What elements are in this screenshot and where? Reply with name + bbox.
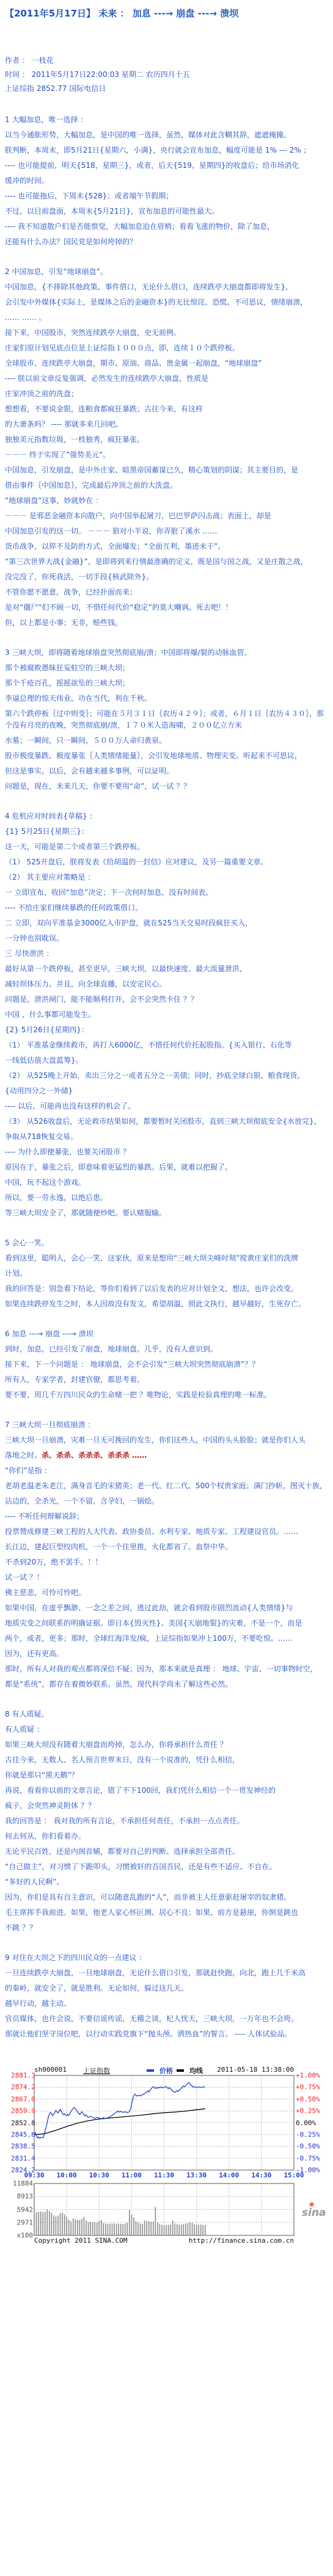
volume-axis-label: 2971 (11, 2218, 33, 2226)
paragraph: ---- 朕以前文章反复强调，必然发生的连续跌亭大崩盘，性质是 (5, 373, 328, 385)
paragraph: －－－ 是邪恶金融资本向散户，向中国举起屠刀，巴巴罗萨闪击战；表面上，却是 (5, 510, 328, 522)
text-span: 投票赞成修建三峡工程的人大代表、政协委员、水利专家、地质专家、工程建设官员。…… (5, 1527, 298, 1536)
text-span: 借由事件｛中国加息｝，完成最后冲顶之前的大洗盘。 (5, 481, 177, 490)
y-axis-price-label: 2859.9 (11, 2107, 33, 2115)
paragraph: ---- 不给庄家们继续暴跌的任何政策借口。 (5, 902, 328, 914)
y-axis-price-label: 2852.8 (11, 2119, 33, 2127)
section-heading: 3 三峡大坝，即将随着地球崩盘突然彻底崩/溃；中国即将爆/裂的动脉血管。 (5, 647, 328, 659)
text-span: 如果三峡大坝没有随着大崩盘而垮掉，怎么办，你将承担什么责任 ？ (5, 1740, 227, 1749)
section-heading: 1 大幅加息，唯一选择 ： (5, 114, 328, 126)
text-span: ---- 也可能提前，明天{518，星期三}，或者，后天{519，星期四}的收盘… (5, 161, 299, 170)
paragraph: 水墓；一瞬间，只一瞬间，５００万人命归黄泉。 (5, 735, 328, 747)
paragraph: 中国 ，什么事都可能发生。 (5, 1009, 328, 1021)
text-span: 沾边的，全杀光，一个不留，含孕妇，一锅烩。 (5, 1497, 159, 1505)
paragraph: 因为，还有更高。 (5, 1648, 328, 1660)
paragraph: －－－ 终于实现了”强势美元”。 (5, 449, 328, 461)
text-span: 不管你愿不愿意，战争，已经扑面而来； (5, 588, 137, 596)
text-span: （1） 525开盘后，朕将发表《给胡温的一封信》应对建议，及另一篇重要文章。 (5, 858, 268, 866)
text-span: “你们”是指 ： (5, 1466, 51, 1475)
x-axis-time-label: 10:00 (57, 2171, 77, 2179)
text-span: …… …… 。 (5, 313, 46, 322)
text-span: 这一天，可能是第二个或者第三个跌停板。 (5, 842, 144, 851)
text-span: ---- 也可能拖后，下周末{528}；或者端午节假期； (5, 192, 173, 200)
text-span: 中国加息，引发崩盘，是中外庄家、暗黑帝国蓄谋已久，精心策划的阴谋；其主要目的，是 (5, 466, 298, 474)
paragraph: 那个千疮百孔，摇摇欲坠的三峡大坝； (5, 678, 328, 689)
paragraph: 一分钟也别耽误。 (5, 933, 328, 944)
paragraph: 接下来，下一个问题是 ： 地球崩盘，会不会引发“三峡大坝突然彻底崩溃”？？ (5, 1359, 328, 1370)
text-span: 但这是事实，以后，会有越来越多事例，可以证明。 (5, 767, 174, 775)
text-span: 没完没了，你死我活，一切手段{核武除外}。 (5, 573, 153, 581)
paragraph: 缓冲的时间。 (5, 175, 328, 187)
text-span: 1 大幅加息，唯一选择 ： (5, 115, 87, 124)
text-span: 3 三峡大坝，即将随着地球崩盘突然彻底崩/溃；中国即将爆/裂的动脉血管。 (5, 648, 252, 657)
paragraph: （3） 从526收盘后，无论救市结果如何，都要暂时关闭股市，直到三峡大坝彻底安全… (5, 1116, 328, 1127)
sina-logo-text: sina (302, 2207, 326, 2219)
blog-post-page: 【2011年5月17日】 未来 ： 加息 ---→ 崩盘 ---→ 溃坝 作者 … (0, 0, 333, 2245)
text-span: 佛主慈悲，可怜可怜吧。 (5, 1588, 86, 1597)
paragraph: 股市极度暴跌、极度暴张｛人类情绪能量｝，会引发地球地质、物理灾变。听起来不可思议… (5, 750, 328, 762)
paragraph: “多好的人民啊”。 (5, 1876, 328, 1888)
paragraph: 所有人，专家学者，封建官僚，都思考着。 (5, 1374, 328, 1386)
text-span: （2） 从525晚上开始，卖出三分之一或者五分之一美债；同时，抄底全球白银、粮食… (5, 1071, 304, 1080)
paragraph: 独独美元指数垃圾，一枝独秀，疯狂暴张。 (5, 434, 328, 446)
paragraph: 所以，要一劳永逸，以绝后患。 (5, 1192, 328, 1204)
text-span: 8 有人质疑。 (5, 1710, 48, 1718)
text-span: 水墓；一瞬间，只一瞬间，５００万人命归黄泉。 (5, 736, 166, 745)
text-span: （1） 平准基金继续救市，再打入6000亿，不惜任何代价托起股指。{买入银行、石… (5, 1041, 292, 1049)
paragraph: {动用四分之一外储} (5, 1085, 328, 1097)
text-span: 老胡老温老朱老江，满身音毛的宋猪英；老一代、红二代、500个权贵家庭；满门抄斩，… (5, 1482, 327, 1490)
text-span: 7 三峡大坝一旦彻底崩溃 ： (5, 1420, 95, 1429)
text-span: 因为，你们是具有自主意识，可以随意乱跑的“人”，而非被主人任意驱赶屠宰的奴隶猪。 (5, 1893, 291, 1901)
x-axis-time-label: 14:00 (219, 2171, 239, 2179)
text-span: 那个千疮百孔，摇摇欲坠的三峡大坝； (5, 679, 130, 687)
paragraph: 中国加息，{不排除其他政策、事件借口，无论什么借口，连续跌亭大崩盘都即将发生}， (5, 281, 328, 293)
paragraph: 古往今来，无数人、名人预言世界末日，没有一个说准的，凭什么相信， (5, 1754, 328, 1766)
volume-unit-label: x100 (11, 2232, 33, 2240)
paragraph: 如果中国，在虚乎飘渺、一念之差之间，逃过此劫，就会看到股市剧烈波动{人类情绪}与 (5, 1602, 328, 1614)
meta-line: 上证综指 2852.77 国际电信日 (5, 82, 328, 96)
text-span: 地质灾变之间联系的明确证据。即日本{毁灭性}、美国{天崩地裂}的灾难，不是一个，… (5, 1619, 302, 1627)
paragraph: 货币战争，以猝不及防的方式，全面爆发；“全面互利，墨迹未干”。 (5, 541, 328, 552)
paragraph: 长江边，建起巨型绞肉机，一个一个往里推，火化都省了。血祭中华。 (5, 1541, 328, 1553)
paragraph: 借由事件｛中国加息｝，完成最后冲顶之前的大洗盘。 (5, 480, 328, 491)
chart-source-url: http://finance.sina.com.cn (189, 2237, 294, 2245)
text-span: ---- 以后，可能再也没有这样的机会了。 (5, 1102, 135, 1110)
paragraph: ---- 也可能拖后，下周末{528}；或者端午节假期； (5, 190, 328, 202)
text-span: 看到这里，聪明人，会心一笑，这家伙，原来是想用“三峡大坝尖峰时刻”搅黄庄家们的洗… (5, 1254, 298, 1262)
text-span: －－－ 是邪恶金融资本向散户，向中国举起屠刀，巴巴罗萨闪击战；表面上，却是 (5, 512, 271, 520)
text-span: 如果中国，在虚乎飘渺、一念之差之间，逃过此劫，就会看到股市剧烈波动{人类情绪}与 (5, 1604, 293, 1612)
emphasis-red-text: 杀、杀杀、杀杀杀、杀杀杀 …… (42, 1451, 147, 1460)
text-span: 古往今来，无数人、名人预言世界末日，没有一个说准的，凭什么相信， (5, 1756, 240, 1764)
average-legend-label: 均线 (189, 2066, 203, 2075)
paragraph: ---- 不听任何辩解说辞； (5, 1511, 328, 1522)
paragraph: 不杀到20万，绝不罢手。！！ (5, 1557, 328, 1568)
text-span: ---- 我不知道散户们是否能察觉，大幅加息迫在眉梢；看看飞涨的物价，除了加息， (5, 222, 274, 231)
paragraph: 问题是，现在，未来几天，你要不要用“命”，试一试 ？？ (5, 781, 328, 792)
text-span: 接下来，中国股市，突然连续跌亭大崩盘，史无前例。 (5, 328, 181, 337)
paragraph: 接下来，中国股市，突然连续跌亭大崩盘，史无前例。 (5, 327, 328, 339)
text-span: 都是“系统”，都存在着微妙联系。虽然，现代科学尚未了解这些必然。 (5, 1680, 232, 1688)
y-axis-price-label: 2881.3 (11, 2072, 33, 2080)
text-span: 原因在于，暴张之后，即意味着更猛烈的暴跌。后果，就难以把握了。 (5, 1163, 232, 1171)
paragraph: （1） 525开盘后，朕将发表《给胡温的一封信》应对建议，及另一篇重要文章。 (5, 856, 328, 868)
text-span: 一分钟也别耽误。 (5, 934, 64, 942)
paragraph: ---- 为什么即便暴张，也要关闭股市 ？ (5, 1146, 328, 1158)
paragraph: 最好从第一个跌停板，甚至更早，三峡大坝，以最快速度、最大流量泄洪， (5, 963, 328, 975)
section-heading: 2 中国加息，引发“地球崩盘”。 (5, 266, 328, 278)
text-span: 最好从第一个跌停板，甚至更早，三峡大坝，以最快速度、最大流量泄洪， (5, 964, 247, 973)
average-legend-swatch (177, 2069, 184, 2072)
text-span: 缓冲的时间。 (5, 176, 49, 185)
text-span: 一 立即宣布，收回“加息”决定；下一次何时加息，没有时间表。 (5, 888, 213, 897)
paragraph: 何去何从，你们看着办。 (5, 1831, 328, 1842)
y-axis-price-label: 2831.4 (11, 2154, 33, 2162)
volume-axis-label: 5942 (11, 2205, 33, 2213)
x-axis-time-label: 14:30 (251, 2171, 271, 2179)
paragraph: 中国，玩不起这个游戏。 (5, 1177, 328, 1189)
y-axis-percent-label: 0.00% (296, 2119, 316, 2127)
paragraph: 会引发中外媒体{实际上，是媒体之后的金融资本}的无比惊诧、恐慌、不可思议，情绪崩… (5, 297, 328, 308)
text-span: 两个，或者，更多；那时，全球红海洋发/疯，上证综指如果冲上100万，不要吃惊。…… (5, 1634, 293, 1643)
paragraph: 朕判断，本周末，即5月21日{星期六，小满}，央行就会宣布加息，幅度可能是 1%… (5, 145, 328, 156)
paragraph: 争取从718恢复交易。 (5, 1131, 328, 1143)
paragraph: 落地之时。杀、杀杀、杀杀杀、杀杀杀 …… (5, 1450, 328, 1461)
text-span: 股市极度暴跌、极度暴张｛人类情绪能量｝，会引发地球地质、物理灾变。听起来不可思议… (5, 751, 302, 760)
paragraph: 不跳 ？？ (5, 1922, 328, 1934)
paragraph: 无论平民百姓，还是内阁首辅，都要对自己的判断、选择承担全部责任。 (5, 1846, 328, 1858)
text-span: 不过，以目前盘面，本周末{5月21日}，宣布加息的可能性最大。 (5, 207, 219, 215)
stock-chart: sh000001 上证指数 价格 均线 2011-05-18 13:38:00 … (11, 2064, 332, 2245)
text-span: 2 中国加息，引发“地球崩盘”。 (5, 267, 108, 276)
paragraph: 问题是，泄洪闸门，能不能顺利打开，会不会突然卡住 ？？ (5, 994, 328, 1005)
text-span: 中国加息，{不排除其他政策、事件借口，无论什么借口，连续跌亭大崩盘都即将发生}， (5, 283, 293, 291)
text-span: 要不要，用几千万四川民众的生命赌一把 ？唯物论，实践是检验真理的唯一标准。 (5, 1391, 271, 1399)
text-span: 我的回答是 ： 我对我的所有言论，不承担任何责任，不承担一点点责任。 (5, 1817, 244, 1825)
y-axis-percent-label: +0.75% (296, 2083, 320, 2091)
paragraph: 没完没了，你死我活，一切手段{核武除外}。 (5, 571, 328, 583)
paragraph: 但这是事实，以后，会有越来越多事例，可以证明。 (5, 765, 328, 777)
paragraph: 到时，加息，已经引发了崩盘，地球崩盘。几乎，没有人意识到。 (5, 1344, 328, 1355)
paragraph: 等三峡大坝安全了，那就随便炒吧。要认赌服输。 (5, 1207, 328, 1219)
y-axis-price-label: 2874.2 (11, 2083, 33, 2091)
paragraph: 一线低估值大盘蓝筹}。 (5, 1055, 328, 1066)
post-meta: 作者 ： 一枝花时间 ： 2011年5月17日22:00:03 星期二 农历四月… (5, 54, 328, 96)
paragraph: 李逼总理的惊天伟业。功在当代，利在千秋。 (5, 693, 328, 704)
y-axis-percent-label: +0.25% (296, 2107, 320, 2115)
paragraph: 那时，所有人对我的观点都将深信不疑；因为，那本来就是真理 ： 地球、宇宙、一切事… (5, 1663, 328, 1675)
paragraph: 以当今通胀形势，大幅加息，是中国的唯一选择，虽然，媒体对此含糊其辞，遮遮掩掩。 (5, 129, 328, 141)
text-span: ---- 不给庄家们继续暴跌的任何政策借口。 (5, 903, 142, 912)
text-span: 独独美元指数垃圾，一枝独秀，疯狂暴张。 (5, 435, 144, 444)
text-span: 以当今通胀形势，大幅加息，是中国的唯一选择，虽然，媒体对此含糊其辞，遮遮掩掩。 (5, 131, 291, 139)
paragraph: 试一试 ？！ (5, 1572, 328, 1583)
text-span: 李逼总理的惊天伟业。功在当代，利在千秋。 (5, 694, 152, 703)
text-span: 三峡大坝一旦崩溃，灾难一旦无可挽回的发生，你们这些人，中国的头头脸脸；就是你们人… (5, 1436, 306, 1444)
paragraph: 投票赞成修建三峡工程的人大代表、政协委员、水利专家、地质专家、工程建设官员。…… (5, 1526, 328, 1538)
paragraph: {2} 5月26日{星期四}： (5, 1024, 328, 1036)
paragraph: 都是“系统”，都存在着微妙联系。虽然，现代科学尚未了解这些必然。 (5, 1679, 328, 1690)
meta-line: 作者 ： 一枝花 (5, 54, 328, 68)
text-span: 中国，玩不起这个游戏。 (5, 1178, 86, 1187)
text-span: 减轻坝体压力。并且，向全球直播，以安定民心。 (5, 980, 166, 988)
y-axis-percent-label: -0.75% (296, 2154, 320, 2162)
paragraph: 那个被腐败愚昧狂妄蛀空的三峡大坝； (5, 662, 328, 674)
text-span: 9 对住在大坝之下的四川民众的一点建议 ： (5, 1953, 146, 1962)
text-span: 所以，要一劳永逸，以绝后患。 (5, 1193, 108, 1202)
text-span: 中国加息引发的这一切。 －－－ 狼对小羊说，你弄脏了溪水 …… (5, 527, 217, 535)
paragraph: 一 立即宣布，收回“加息”决定；下一次何时加息，没有时间表。 (5, 887, 328, 899)
y-axis-percent-label: +1.00% (296, 2072, 320, 2080)
y-axis-price-label: 2867.0 (11, 2095, 33, 2103)
text-span: 计划。 (5, 1269, 27, 1278)
stock-name: 上证指数 (83, 2066, 110, 2075)
text-span: 5 会心一笑。 (5, 1239, 48, 1247)
y-axis-price-label: 2838.5 (11, 2143, 33, 2151)
paragraph: 要不要，用几千万四川民众的生命赌一把 ？唯物论，实践是检验真理的唯一标准。 (5, 1389, 328, 1401)
paragraph: 我的回答是 ： 我对我的所有言论，不承担任何责任，不承担一点点责任。 (5, 1815, 328, 1827)
section-heading: 7 三峡大坝一旦彻底崩溃 ： (5, 1419, 328, 1431)
paragraph: 但，以上都是小事；无非，赔些钱。 (5, 617, 328, 629)
paragraph: 佛主慈悲，可怜可怜吧。 (5, 1587, 328, 1599)
text-span: 二 立即，双向平准基金3000亿入市护盘，就在525当天交易时段疯狂买入， (5, 919, 252, 927)
y-axis-percent-label: -0.25% (296, 2130, 320, 2138)
text-span: 那时，所有人对我的观点都将深信不疑；因为，那本来就是真理 ： 地球、宇宙、一切事… (5, 1665, 318, 1673)
paragraph: 两个，或者，更多；那时，全球红海洋发/疯，上证综指如果冲上100万，不要吃惊。…… (5, 1633, 328, 1644)
text-span: 疯子，会突然神灵附体 ？？ (5, 1801, 95, 1810)
text-span: 因为，还有更高。 (5, 1649, 64, 1658)
text-span: 6 加息 ---→ 崩盘 ---→ 溃坝 (5, 1330, 93, 1338)
paragraph: 地质灾变之间联系的明确证据。即日本{毁灭性}、美国{天崩地裂}的灾难，不是一个，… (5, 1618, 328, 1629)
paragraph: 第六个跌停板｛过中则变｝；可能在５月３１日｛农历４２９｝；或者，６月１日｛农历４… (5, 708, 328, 731)
x-axis-time-label: 11:00 (122, 2171, 142, 2179)
text-span: 到时，加息，已经引发了崩盘，地球崩盘。几乎，没有人意识到。 (5, 1345, 218, 1353)
section-heading: 9 对住在大坝之下的四川民众的一点建议 ： (5, 1952, 328, 1964)
paragraph: （2） 其主要应对策略是 ： (5, 872, 328, 883)
text-span: 无论平民百姓，还是内阁首辅，都要对自己的判断、选择承担全部责任。 (5, 1847, 240, 1856)
y-axis-price-label: 2845.6 (11, 2130, 33, 2138)
text-span: ---- 为什么即便暴张，也要关闭股市 ？ (5, 1148, 130, 1156)
text-span: 庄家们原计划见底点位是上证综指１０００点，即，连续１０个跌停板。 (5, 344, 240, 352)
text-span: 朕判断，本周末，即5月21日{星期六，小满}，央行就会宣布加息，幅度可能是 1%… (5, 146, 311, 154)
y-axis-percent-label: -0.50% (296, 2143, 320, 2151)
text-span: 会引发中外媒体{实际上，是媒体之后的金融资本}的无比惊诧、恐慌、不可思议，情绪崩… (5, 298, 307, 306)
paragraph: 毛主席挥手我前进。如果，他老人家心怀叵测、居心不良；如果，前方是悬崖，你倒是跳也 (5, 1907, 328, 1919)
paragraph: “自己做主”，对习惯了下跪叩头，习惯被奸的吾国吾民，还是有些不适应、不自在。 (5, 1861, 328, 1873)
price-legend-swatch (147, 2069, 154, 2072)
paragraph: 那就让他们坚守岗位吧，以行动实践党旗下“抛头颅、洒热血”的誓言。 ---- 人体… (5, 2028, 328, 2040)
text-span: 如果连续跌停发生之时，本人因故没有发文，希望胡温，照此文执行，越早越好，生死存亡… (5, 1300, 306, 1308)
text-span: （3） 从526收盘后，无论救市结果如何，都要暂时关闭股市，直到三峡大坝彻底安全… (5, 1117, 321, 1126)
text-span: “自己做主”，对习惯了下跪叩头，习惯被奸的吾国吾民，还是有些不适应、不自在。 (5, 1862, 276, 1871)
text-span: 何去何从，你们看着办。 (5, 1832, 86, 1840)
text-span: 的秦岭，就安全了，就是胜利。无论如何，躲过这几天。 (5, 1984, 188, 1992)
paragraph: 中国加息引发的这一切。 －－－ 狼对小羊说，你弄脏了溪水 …… (5, 526, 328, 537)
paragraph: 不过，以目前盘面，本周末{5月21日}，宣布加息的可能性最大。 (5, 206, 328, 217)
text-span: 所有人，专家学者，封建官僚，都思考着。 (5, 1375, 144, 1384)
x-axis-time-label: 15:00 (284, 2171, 304, 2179)
text-span: 落地之时。 (5, 1451, 42, 1460)
paragraph: 三峡大坝一旦崩溃，灾难一旦无可挽回的发生，你们这些人，中国的头头脸脸；就是你们人… (5, 1435, 328, 1446)
text-span: （2） 其主要应对策略是 ： (5, 873, 95, 881)
text-span: ---- 朕以前文章反复强调，必然发生的连续跌亭大崩盘，性质是 (5, 374, 208, 383)
text-span: 问题是，泄洪闸门，能不能顺利打开，会不会突然卡住 ？？ (5, 995, 198, 1004)
paragraph: 你就是那只“黑天鹅”？ (5, 1770, 328, 1781)
paragraph: 中国加息，引发崩盘，是中外庄家、暗黑帝国蓄谋已久，精心策划的阴谋；其主要目的，是 (5, 465, 328, 476)
text-span: －－－ 终于实现了”强势美元”。 (5, 450, 110, 459)
text-span: 中国 ，什么事都可能发生。 (5, 1010, 95, 1019)
text-span: 不跳 ？？ (5, 1923, 37, 1932)
text-span: {1} 5月25日{星期三}： (5, 827, 89, 836)
text-span: 一旦连续跌亭大崩盘，一旦地球崩盘，无论什么借口引发，那就赶快跑，向北，跑上几千米… (5, 1969, 306, 1977)
text-span: 官员媒体，也许会说，不要信谣传谣，无稽之谈，杞人忧天，三峡大坝，一万年也不会垮。 (5, 2014, 298, 2023)
text-span: 争取从718恢复交易。 (5, 1132, 78, 1141)
text-span: 庄家冲顶之前的洗盘； (5, 389, 78, 398)
text-span: 毛主席挥手我前进。如果，他老人家心怀叵测、居心不良；如果，前方是悬崖，你倒是跳也 (5, 1908, 298, 1917)
sina-logo: ❀ sina (299, 2202, 332, 2223)
text-span: 试一试 ？！ (5, 1573, 44, 1582)
text-span: 全球股市，连续跌亭大崩盘，期市、原油、商品、贵金属一起崩盘，“地球崩盘” (5, 359, 262, 367)
paragraph: 越早行动，越主动。 (5, 1998, 328, 2010)
paragraph: 如果连续跌停发生之时，本人因故没有发文，希望胡温，照此文执行，越早越好，生死存亡… (5, 1298, 328, 1310)
text-span: “地球崩盘”这事，妙就妙在 ： (5, 496, 103, 505)
text-span: 是对“僵尸”们不顾一切，不惜任何代价“稳定”的莫大嘲讽。死去吧！！ (5, 603, 233, 612)
text-span: 货币战争，以猝不及防的方式，全面爆发；“全面互利，墨迹未干”。 (5, 542, 225, 551)
chart-timestamp: 2011-05-18 13:38:00 (217, 2066, 294, 2074)
paragraph: 减轻坝体压力。并且，向全球直播，以安定民心。 (5, 979, 328, 990)
text-span: 那就让他们坚守岗位吧，以行动实践党旗下“抛头颅、洒热血”的誓言。 ---- 人体… (5, 2030, 291, 2038)
x-axis-time-label: 10:30 (89, 2171, 109, 2179)
text-span: 越早行动，越主动。 (5, 1999, 71, 2008)
paragraph: 的秦岭，就安全了，就是胜利。无论如何，躲过这几天。 (5, 1983, 328, 1994)
text-span: 一线低估值大盘蓝筹}。 (5, 1056, 83, 1065)
volume-axis-label: 8913 (11, 2193, 33, 2201)
text-span: 我的回答是：别急着下结论，等你们看到了以后发表的应对计划全文，想法，也许会改变。 (5, 1284, 298, 1293)
text-span: 还能有什么办法？国民党是如何垮掉的？ (5, 237, 137, 246)
x-axis-time-label: 13:30 (186, 2171, 207, 2179)
section-heading: 4 危机应对时间表{草稿} ： (5, 811, 328, 822)
text-span: 接下来，下一个问题是 ： 地球崩盘，会不会引发“三峡大坝突然彻底崩溃”？？ (5, 1360, 259, 1369)
stock-symbol: sh000001 (34, 2066, 67, 2074)
text-span: 那个被腐败愚昧狂妄蛀空的三峡大坝； (5, 664, 130, 672)
paragraph: ---- 以后，可能再也没有这样的机会了。 (5, 1101, 328, 1112)
chart-copyright: Copyright 2011 SINA.COM (34, 2237, 127, 2245)
text-span: 有人质疑 ： (5, 1725, 44, 1734)
text-span: 问题是，现在，未来几天，你要不要用“命”，试一试 ？？ (5, 782, 191, 791)
paragraph: 沾边的，全杀光，一个不留，含孕妇，一锅烩。 (5, 1496, 328, 1507)
text-span: “第三次世界大战{金融}”，是即将到来行情最准确的定义，既是国与国之战，又是庄散… (5, 557, 308, 566)
paragraph: 一旦连续跌亭大崩盘，一旦地球崩盘，无论什么借口引发，那就赶快跑，向北，跑上几千米… (5, 1967, 328, 1979)
paragraph: 这一天，可能是第二个或者第三个跌停板。 (5, 841, 328, 853)
paragraph: …… …… 。 (5, 312, 328, 324)
text-span: {动用四分之一外储} (5, 1087, 73, 1095)
text-span: 第六个跌停板｛过中则变｝；可能在５月３１日｛农历４２９｝；或者，６月１日｛农历４… (5, 709, 324, 729)
post-title: 【2011年5月17日】 未来 ： 加息 ---→ 崩盘 ---→ 溃坝 (5, 7, 328, 20)
paragraph: 计划。 (5, 1268, 328, 1279)
chart-canvas (11, 2064, 332, 2245)
x-axis-time-label: 09:30 (24, 2171, 44, 2179)
text-span: 三 尽快泄洪 ： (5, 949, 54, 958)
paragraph: 看到这里，聪明人，会心一笑，这家伙，原来是想用“三峡大坝尖峰时刻”搅黄庄家们的洗… (5, 1253, 328, 1264)
section-heading: 6 加息 ---→ 崩盘 ---→ 溃坝 (5, 1328, 328, 1340)
paragraph: 二 立即，双向平准基金3000亿入市护盘，就在525当天交易时段疯狂买入， (5, 917, 328, 929)
chart-legend: 价格 均线 (147, 2066, 203, 2075)
text-span: ---- 不听任何辩解说辞； (5, 1512, 84, 1521)
text-span: 等三峡大坝安全了，那就随便炒吧。要认赌服输。 (5, 1209, 166, 1217)
paragraph: 疯子，会突然神灵附体 ？？ (5, 1800, 328, 1812)
paragraph: 是对“僵尸”们不顾一切，不惜任何代价“稳定”的莫大嘲讽。死去吧！！ (5, 602, 328, 613)
paragraph: “第三次世界大战{金融}”，是即将到来行情最准确的定义，既是国与国之战，又是庄散… (5, 556, 328, 568)
text-span: 但，以上都是小事；无非，赔些钱。 (5, 618, 122, 627)
volume-axis-label: 11884 (11, 2180, 33, 2188)
paragraph: “你们”是指 ： (5, 1465, 328, 1477)
paragraph: ---- 也可能提前，明天{518，星期三}，或者，后天{519，星期四}的收盘… (5, 160, 328, 172)
text-span: 你就是那只“黑天鹅”？ (5, 1771, 78, 1779)
text-span: {2} 5月26日{星期四}： (5, 1026, 89, 1034)
section-heading: 8 有人质疑。 (5, 1709, 328, 1720)
text-span: 不杀到20万，绝不罢手。！！ (5, 1558, 102, 1566)
y-axis-percent-label: +0.50% (296, 2095, 320, 2103)
post-body: 1 大幅加息，唯一选择 ：以当今通胀形势，大幅加息，是中国的唯一选择，虽然，媒体… (5, 114, 328, 2040)
x-axis-time-label: 11:30 (154, 2171, 174, 2179)
paragraph: 庄家冲顶之前的洗盘； (5, 388, 328, 400)
paragraph: 还能有什么办法？国民党是如何垮掉的？ (5, 236, 328, 248)
paragraph: 再说，看看你以前的文章言论，错了不下100回，我们凭什么相信一个一贯发神经的 (5, 1785, 328, 1796)
paragraph: 有人质疑 ： (5, 1724, 328, 1735)
paragraph: ---- 我不知道散户们是否能察觉，大幅加息迫在眉梢；看看飞涨的物价，除了加息， (5, 221, 328, 233)
paragraph: 官员媒体，也许会说，不要信谣传谣，无稽之谈，杞人忧天，三峡大坝，一万年也不会垮。 (5, 2013, 328, 2025)
text-span: 再说，看看你以前的文章言论，错了不下100回，我们凭什么相信一个一贯发神经的 (5, 1786, 276, 1795)
paragraph: （1） 平准基金继续救市，再打入6000亿，不惜任何代价托起股指。{买入银行、石… (5, 1040, 328, 1051)
paragraph: 全球股市，连续跌亭大崩盘，期市、原油、商品、贵金属一起崩盘，“地球崩盘” (5, 358, 328, 369)
text-span: 长江边，建起巨型绞肉机，一个一个往里推，火化都省了。血祭中华。 (5, 1543, 232, 1551)
paragraph: 如果三峡大坝没有随着大崩盘而垮掉，怎么办，你将承担什么责任 ？ (5, 1739, 328, 1751)
paragraph: 庄家们原计划见底点位是上证综指１０００点，即，连续１０个跌停板。 (5, 342, 328, 354)
paragraph: 想想看，不要说金银，连粮食都疯狂暴跌；古往今来，有这样 (5, 403, 328, 415)
paragraph: 我的回答是：别急着下结论，等你们看到了以后发表的应对计划全文，想法，也许会改变。 (5, 1283, 328, 1295)
price-legend-label: 价格 (159, 2066, 173, 2075)
text-span: 的大萧条吗？ ---- 那就多来几回吧。 (5, 420, 123, 429)
text-span: 4 危机应对时间表{草稿} ： (5, 812, 97, 820)
paragraph: 原因在于，暴张之后，即意味着更猛烈的暴跌。后果，就难以把握了。 (5, 1162, 328, 1173)
paragraph: 不管你愿不愿意，战争，已经扑面而来； (5, 587, 328, 598)
text-span: 想想看，不要说金银，连粮食都疯狂暴跌；古往今来，有这样 (5, 405, 203, 413)
paragraph: 的大萧条吗？ ---- 那就多来几回吧。 (5, 419, 328, 430)
paragraph: “地球崩盘”这事，妙就妙在 ： (5, 495, 328, 507)
paragraph: 三 尽快泄洪 ： (5, 948, 328, 960)
meta-line: 时间 ： 2011年5月17日22:00:03 星期二 农历四月十五 (5, 68, 328, 82)
paragraph: {1} 5月25日{星期三}： (5, 826, 328, 838)
paragraph: 因为，你们是具有自主意识，可以随意乱跑的“人”，而非被主人任意驱赶屠宰的奴隶猪。 (5, 1892, 328, 1903)
text-span: “多好的人民啊”。 (5, 1878, 64, 1886)
paragraph: （2） 从525晚上开始，卖出三分之一或者五分之一美债；同时，抄底全球白银、粮食… (5, 1070, 328, 1082)
section-heading: 5 会心一笑。 (5, 1237, 328, 1249)
paragraph: 老胡老温老朱老江，满身音毛的宋猪英；老一代、红二代、500个权贵家庭；满门抄斩，… (5, 1480, 328, 1492)
